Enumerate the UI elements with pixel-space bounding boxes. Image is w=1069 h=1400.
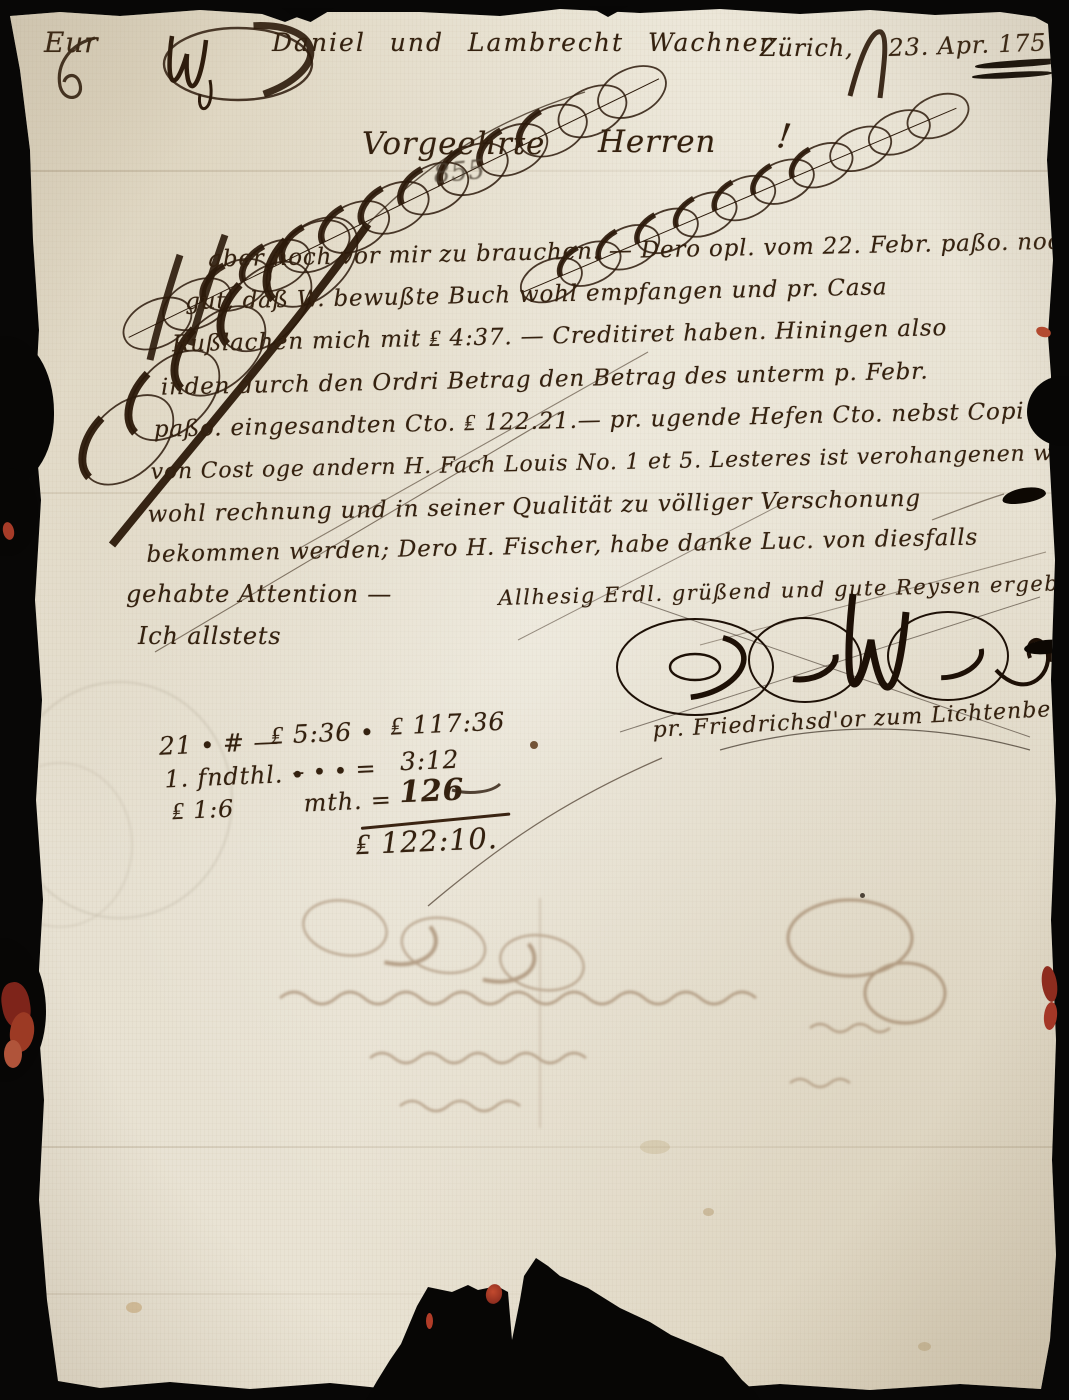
calc-row2-amount: 3:12 (399, 745, 460, 777)
torn-edge-left-bite (0, 468, 38, 556)
place-name: Zürich, (760, 34, 853, 62)
fold-line (0, 1146, 1069, 1148)
signature-flourish (600, 572, 1069, 762)
ink-speck (860, 893, 865, 898)
salutation-word1: Vorgeehrte (362, 126, 545, 162)
fold-line (0, 492, 1069, 494)
calc-sum-rule (361, 813, 511, 830)
postscript-line: pr. Friedrichsd'or zum Lichtenberg. H. (652, 693, 1069, 743)
body-line: paßo. eingesandten Cto. ₤ 122.21.— pr. u… (154, 399, 1025, 443)
wax-seal-remnant (426, 1313, 433, 1329)
calligraphic-flourishes (0, 0, 1069, 1400)
salutation-exclaim: ! (774, 116, 794, 158)
stain (703, 1208, 714, 1216)
calc-row3-qty: ₤ 1:6 (171, 795, 234, 827)
calc-row1-rate: ₤ 5:36 ∙ (270, 716, 374, 750)
letter-body: aber noch vor mir zu brauchen. — Dero op… (140, 226, 1069, 586)
date-underline-swash (975, 57, 1065, 70)
fold-line (0, 1293, 540, 1295)
courtesy-abbreviation: Eur (44, 26, 98, 59)
calc-row1-qty: 21 ∙ # — (158, 726, 279, 760)
body-line: bekommen werden; Dero H. Fischer, habe d… (146, 525, 978, 568)
pencil-mark: 855 (432, 155, 487, 190)
stain (126, 1302, 142, 1313)
salutation-word2: Herren (598, 124, 716, 160)
body-line: Rußlachen mich mit ₤ 4:37. — Creditiret … (172, 315, 948, 357)
calc-row2-rate: – ∙ ∙ = (292, 754, 377, 786)
ink-swash (1001, 484, 1047, 506)
stain (640, 1140, 670, 1154)
wax-seal-remnant (4, 1040, 22, 1068)
calculation-block: 21 ∙ # — ₤ 5:36 ∙ ₤ 117:36 1. fndthl. ∙ … (152, 704, 579, 892)
body-line: von Cost oge andern H. Fach Louis No. 1 … (150, 440, 1069, 485)
ink-dot (1058, 634, 1066, 642)
body-line: gut, daß W. bewußte Buch wohl empfangen … (185, 274, 888, 315)
stain (918, 1342, 931, 1351)
calc-total: ₤ 122:10. (355, 821, 499, 862)
ink-fleck (530, 741, 538, 749)
pencil-ghost-circles (0, 660, 280, 960)
calc-row3-rate: mth. = (303, 786, 392, 818)
ink-bleedthrough-ghost (250, 858, 1050, 1148)
letter-date: 23. Apr. 1757. (888, 28, 1069, 62)
fold-line (0, 170, 1069, 172)
body-line: wohl rechnung und in seiner Qualität zu … (147, 486, 921, 528)
addressee-name: Daniel und Lambrecht Wachner (272, 28, 773, 57)
body-line: inden durch den Ordri Betrag den Betrag … (161, 359, 929, 401)
closing-right: Allhesig Erdl. grüßend und gute Reysen e… (498, 570, 1069, 610)
scanned-letter: Eur Daniel und Lambrecht Wachner Zürich,… (0, 0, 1069, 1400)
date-underline-swash (972, 70, 1052, 80)
body-line: aber noch vor mir zu brauchen. — Dero op… (208, 228, 1069, 273)
calc-row3-amount: 126 (399, 772, 465, 810)
closing-signoff: Ich allstets (138, 622, 281, 650)
calc-row2-qty: 1. fndthl. ∙ (164, 759, 305, 793)
closing-left: gehabte Attention — (126, 580, 392, 608)
calc-row1-amount: ₤ 117:36 (390, 707, 506, 742)
ink-swash (1023, 638, 1068, 657)
paper-sheet: Eur Daniel und Lambrecht Wachner Zürich,… (0, 0, 1069, 1400)
